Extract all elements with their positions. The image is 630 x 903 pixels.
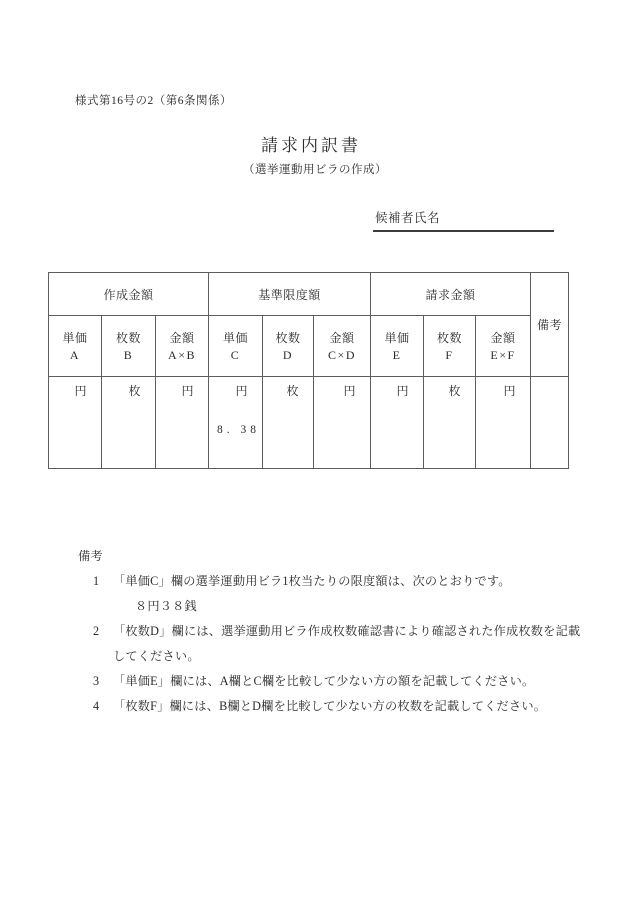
- data-cell-f: 枚: [424, 377, 476, 469]
- data-cell-exf: 円: [476, 377, 531, 469]
- note-item-1-sub: ８円３８銭: [135, 597, 197, 614]
- unit-label: 枚: [102, 377, 155, 399]
- col-label: 金額: [476, 330, 530, 347]
- group-header-row: 作成金額 基準限度額 請求金額 備考: [49, 273, 569, 316]
- col-label: 単価: [49, 330, 101, 347]
- col-label: 金額: [314, 330, 370, 347]
- note-item-2: 2「枚数D」欄には、選挙運動用ビラ作成枚数確認書により確認された作成枚数を記載: [93, 622, 580, 639]
- group-header-claim-amount: 請求金額: [371, 273, 531, 316]
- col-label: 単価: [209, 330, 262, 347]
- col-label: 金額: [156, 330, 208, 347]
- col-header-sheets-f: 枚数 F: [424, 316, 476, 377]
- col-header-unit-price-e: 単価 E: [371, 316, 424, 377]
- unit-label: 枚: [263, 377, 313, 399]
- col-letter: D: [263, 347, 313, 363]
- note-text: 「枚数F」欄には、B欄とD欄を比較して少ない方の枚数を記載してください。: [113, 699, 546, 713]
- col-header-amount-cxd: 金額 C×D: [314, 316, 371, 377]
- unit-label: 枚: [424, 377, 475, 399]
- note-text: 「単価E」欄には、A欄とC欄を比較して少ない方の額を記載してください。: [113, 674, 534, 688]
- col-label: 単価: [371, 330, 423, 347]
- col-header-sheets-d: 枚数 D: [263, 316, 314, 377]
- group-header-creation-amount: 作成金額: [49, 273, 209, 316]
- notes-heading: 備考: [78, 547, 103, 564]
- document-page: 様式第16号の2（第6条関係） 請求内訳書 （選挙運動用ビラの作成） 候補者氏名…: [0, 0, 630, 903]
- data-row: 円 枚 円 円 8. 38 枚 円: [49, 377, 569, 469]
- note-item-1: 1「単価C」欄の選挙運動用ビラ1枚当たりの限度額は、次のとおりです。: [93, 572, 511, 589]
- col-label: 枚数: [424, 330, 475, 347]
- cell-value-unit-price-c: 8. 38: [217, 424, 260, 436]
- note-number: 4: [93, 699, 113, 714]
- note-text: 「単価C」欄の選挙運動用ビラ1枚当たりの限度額は、次のとおりです。: [113, 574, 511, 588]
- col-letter: B: [102, 347, 155, 363]
- col-letter: C×D: [314, 347, 370, 363]
- note-item-3: 3「単価E」欄には、A欄とC欄を比較して少ない方の額を記載してください。: [93, 672, 534, 689]
- col-header-sheets-b: 枚数 B: [102, 316, 156, 377]
- data-cell-cxd: 円: [314, 377, 371, 469]
- data-cell-b: 枚: [102, 377, 156, 469]
- data-cell-remarks: [531, 377, 569, 469]
- col-letter: E×F: [476, 347, 530, 363]
- col-letter: F: [424, 347, 475, 363]
- unit-label: 円: [156, 377, 208, 399]
- note-text: 「枚数D」欄には、選挙運動用ビラ作成枚数確認書により確認された作成枚数を記載: [113, 624, 580, 638]
- col-label: 枚数: [263, 330, 313, 347]
- candidate-name-field: 候補者氏名: [373, 208, 554, 232]
- col-letter: A×B: [156, 347, 208, 363]
- note-item-2-continuation: してください。: [113, 647, 200, 664]
- candidate-name-label: 候補者氏名: [375, 211, 440, 225]
- note-number: 1: [93, 574, 113, 589]
- data-cell-axb: 円: [156, 377, 209, 469]
- col-header-unit-price-c: 単価 C: [209, 316, 263, 377]
- unit-label: 円: [209, 377, 262, 399]
- page-subtitle: （選挙運動用ビラの作成）: [0, 161, 630, 177]
- col-letter: C: [209, 347, 262, 363]
- unit-label: 円: [314, 377, 370, 399]
- col-label: 枚数: [102, 330, 155, 347]
- remarks-header-cell: 備考: [531, 273, 569, 377]
- unit-label: 円: [371, 377, 423, 399]
- col-letter: E: [371, 347, 423, 363]
- col-header-unit-price-a: 単価 A: [49, 316, 102, 377]
- note-number: 3: [93, 674, 113, 689]
- form-number: 様式第16号の2（第6条関係）: [75, 92, 232, 108]
- col-header-amount-axb: 金額 A×B: [156, 316, 209, 377]
- column-header-row: 単価 A 枚数 B 金額 A×B 単価 C 枚数 D 金額 C×D: [49, 316, 569, 377]
- unit-label: 円: [49, 377, 101, 399]
- breakdown-table: 作成金額 基準限度額 請求金額 備考 単価 A 枚数 B 金額 A×B 単価 C: [48, 272, 569, 469]
- note-number: 2: [93, 624, 113, 639]
- col-letter: A: [49, 347, 101, 363]
- col-header-amount-exf: 金額 E×F: [476, 316, 531, 377]
- data-cell-d: 枚: [263, 377, 314, 469]
- page-title: 請求内訳書: [0, 131, 622, 156]
- unit-label: 円: [476, 377, 530, 399]
- data-cell-a: 円: [49, 377, 102, 469]
- note-item-4: 4「枚数F」欄には、B欄とD欄を比較して少ない方の枚数を記載してください。: [93, 697, 546, 714]
- data-cell-e: 円: [371, 377, 424, 469]
- data-cell-c: 円 8. 38: [209, 377, 263, 469]
- group-header-standard-limit: 基準限度額: [209, 273, 371, 316]
